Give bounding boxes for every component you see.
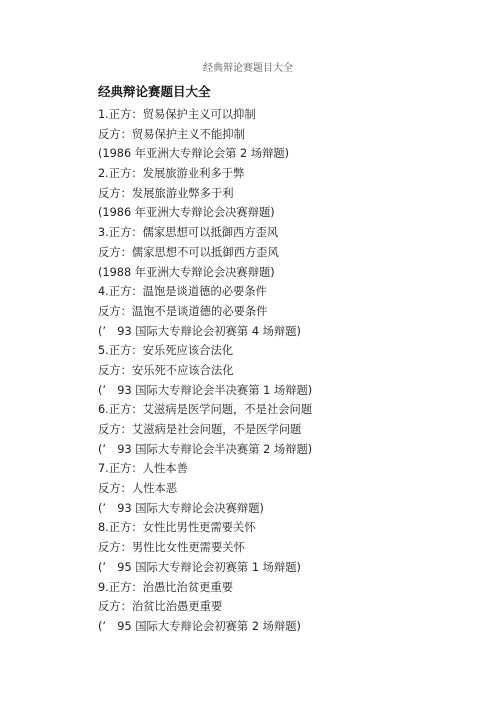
topic-9-negative: 反方：治贫比治愚更重要: [98, 597, 312, 617]
topic-1-source: (1986 年亚洲大专辩论会第 2 场辩题): [98, 144, 312, 164]
topic-8-source: (’ 95 国际大专辩论会初赛第 1 场辩题): [98, 558, 312, 578]
topic-8-negative: 反方：男性比女性更需要关怀: [98, 538, 312, 558]
document-body: 1.正方：贸易保护主义可以抑制 反方：贸易保护主义不能抑制 (1986 年亚洲大…: [98, 105, 312, 637]
topic-7-negative: 反方：人性本恶: [98, 479, 312, 499]
topic-2-source: (1986 年亚洲大专辩论会决赛辩题): [98, 203, 312, 223]
topic-4-source: (’ 93 国际大专辩论会初赛第 4 场辩题): [98, 322, 312, 342]
topic-5-source: (’ 93 国际大专辩论会半决赛第 1 场辩题): [98, 381, 312, 401]
topic-5-affirmative: 5.正方：安乐死应该合法化: [98, 341, 312, 361]
topic-2-negative: 反方：发展旅游业弊多于利: [98, 184, 312, 204]
topic-7-source: (’ 93 国际大专辩论会决赛辩题): [98, 499, 312, 519]
topic-3-affirmative: 3.正方：儒家思想可以抵御西方歪风: [98, 223, 312, 243]
topic-4-negative: 反方：温饱不是谈道德的必要条件: [98, 302, 312, 322]
topic-2-affirmative: 2.正方：发展旅游业利多于弊: [98, 164, 312, 184]
topic-4-affirmative: 4.正方：温饱是谈道德的必要条件: [98, 282, 312, 302]
topic-3-negative: 反方：儒家思想不可以抵御西方歪风: [98, 243, 312, 263]
topic-6-source: (’ 93 国际大专辩论会半决赛第 2 场辩题): [98, 440, 312, 460]
topic-8-affirmative: 8.正方：女性比男性更需要关怀: [98, 518, 312, 538]
topic-7-affirmative: 7.正方：人性本善: [98, 459, 312, 479]
document-title: 经典辩论赛题目大全: [98, 82, 211, 100]
topic-6-negative: 反方：艾滋病是社会问题，不是医学问题: [98, 420, 312, 440]
topic-1-negative: 反方：贸易保护主义不能抑制: [98, 125, 312, 145]
topic-3-source: (1988 年亚洲大专辩论会决赛辩题): [98, 263, 312, 283]
topic-5-negative: 反方：安乐死不应该合法化: [98, 361, 312, 381]
topic-9-source: (’ 95 国际大专辩论会初赛第 2 场辩题): [98, 617, 312, 637]
topic-1-affirmative: 1.正方：贸易保护主义可以抑制: [98, 105, 312, 125]
topic-6-affirmative: 6.正方：艾滋病是医学问题，不是社会问题: [98, 400, 312, 420]
page-header: 经典辩论赛题目大全: [0, 59, 496, 74]
topic-9-affirmative: 9.正方：治愚比治贫更重要: [98, 578, 312, 598]
